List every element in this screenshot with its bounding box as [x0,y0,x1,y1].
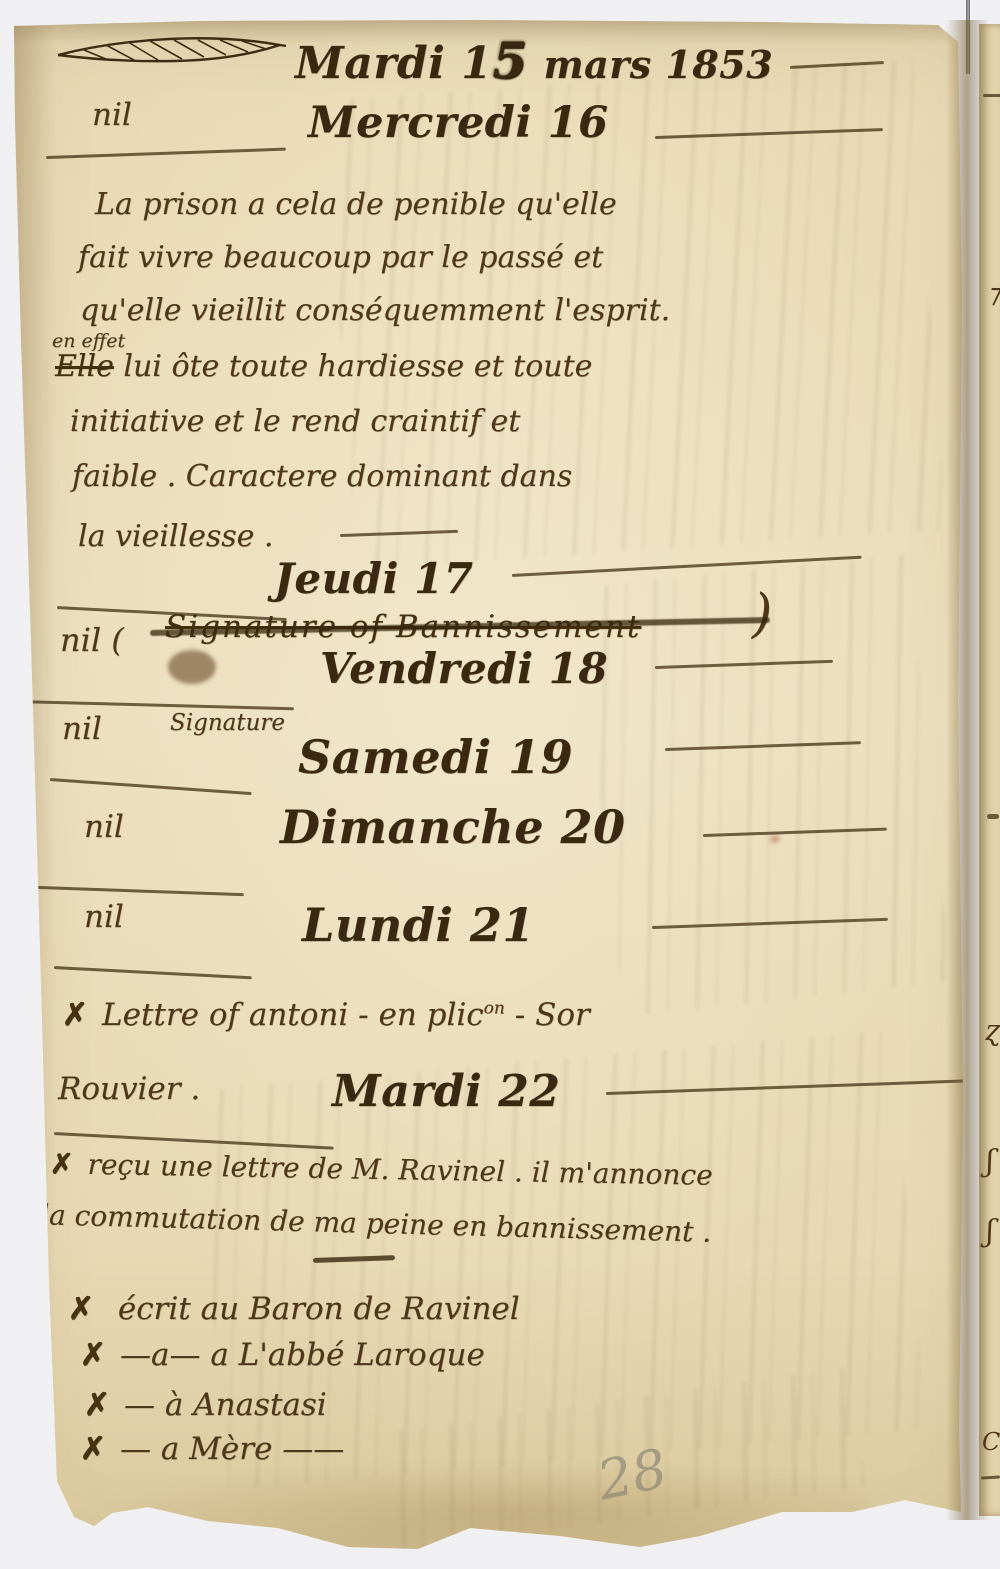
adjacent-page-text: Ce [982,1428,1000,1456]
superscript-insertion: on [484,999,505,1019]
ink-fragment: ʃ [986,1144,994,1179]
dash-rule [652,918,888,929]
note-text: reçu une lettre de M. Ravinel . il m'ann… [87,1148,713,1192]
letter-text: à Anastasi [165,1387,327,1423]
dash-rule [340,530,458,537]
underline [54,1132,334,1150]
dash-rule [665,741,861,751]
dash-rule [703,828,887,837]
title-rest: mars 1853 [543,42,773,87]
water-stain [90,1460,870,1550]
note-mardi-line1: ✗reçu une lettre de M. Ravinel . il m'an… [50,1150,713,1190]
entry-heading-mardi22: Mardi 22 [332,1070,560,1114]
leaf-doodle [54,30,286,72]
letter-text: a L'abbé Laroque [210,1337,485,1373]
x-mark-icon: ✗ [84,1390,110,1421]
letter-item: ✗—a— a L'abbé Laroque [80,1340,485,1371]
dash-rule [790,61,884,69]
edge-shading-left [10,20,56,1525]
note-text: Lettre of antoni - en plic [102,997,484,1033]
dash-rule [655,660,833,669]
letter-dash: — [120,1431,151,1467]
entry-heading-lundi21: Lundi 21 [302,902,535,948]
note-lundi-line1: ✗Lettre of antoni - en plicon - Sor [62,1000,590,1031]
manuscript-page: Mardi 15 mars 1853 nil Mercredi 16 La pr… [0,0,1000,1569]
closing-paren: ) [752,588,772,640]
dash-rule [512,556,862,577]
ink-smudge [168,650,216,684]
paragraph-line: qu'elle vieillit conséquemment l'esprit. [80,296,670,326]
note-text: - Sor [515,997,590,1033]
paragraph-line: La prison a cela de penible qu'elle [95,190,617,220]
foxing-spot [770,835,780,843]
paragraph-line: initiative et le rend craintif et [70,407,520,437]
nil-mardi15: nil [92,100,132,131]
entry-heading-jeudi17: Jeudi 17 [274,558,474,600]
letter-text: écrit au Baron de Ravinel [118,1291,520,1327]
underline [50,778,252,795]
paragraph-line: Elle lui ôte toute hardiesse et toute [55,352,592,382]
ink-fragment [983,94,1000,97]
entry-heading-dimanche20: Dimanche 20 [280,804,626,850]
photo-background: Mardi 15 mars 1853 nil Mercredi 16 La pr… [0,0,1000,1569]
nil-samedi19: nil [84,812,124,843]
ink-fragment: ʃ [986,1214,994,1249]
entry-heading-mardi15: Mardi 15 mars 1853 [295,36,773,86]
entry-heading-samedi19: Samedi 19 [298,734,573,780]
paragraph-line: fait vivre beaucoup par le passé et [78,243,603,273]
x-mark-icon: ✗ [62,1000,88,1031]
note-lundi-line2: Rouvier . [58,1074,200,1105]
x-mark-icon: ✗ [80,1434,106,1465]
entry-heading-vendredi18: Vendredi 18 [320,648,608,690]
ink-fragment [981,1475,1000,1479]
ink-fragment [987,814,999,819]
x-mark-icon: ✗ [68,1294,94,1325]
paragraph-line: la vieillesse . [78,522,273,552]
letter-dash: —a— [120,1337,200,1373]
ink-fragment: ɀ [985,1014,1000,1047]
x-mark-icon: ✗ [80,1340,106,1371]
letter-text: a Mère —— [161,1431,344,1467]
dash-rule [606,1079,976,1095]
nil-jeudi17: nil ( [60,624,124,656]
underline [46,148,286,159]
underline [16,700,294,710]
struck-word: Elle [55,349,114,384]
entry-heading-mercredi16: Mercredi 16 [308,102,609,145]
paragraph-line: faible . Caractere dominant dans [72,462,572,492]
nil-vendredi18: nil [62,714,102,745]
title-prefix: Mardi 1 [295,38,492,89]
separator-dash [313,1255,395,1263]
page-number: 28 [593,1441,671,1508]
underline [38,886,244,896]
letter-item: ✗ écrit au Baron de Ravinel [68,1294,520,1325]
nil-dimanche20: nil [84,902,124,933]
title-overwritten-digit: 5 [492,31,527,90]
dash-rule [655,128,883,139]
paragraph-line-rest: lui ôte toute hardiesse et toute [123,349,592,384]
note-signature: Signature [170,712,285,735]
note-mardi-line2: la commutation de ma peine en bannisseme… [40,1201,712,1247]
x-mark-icon: ✗ [50,1150,74,1178]
letter-item: ✗— a Mère —— [80,1434,344,1465]
letter-item: ✗— à Anastasi [84,1390,327,1421]
letter-dash: — [124,1387,155,1423]
ink-fragment: ⁊ [987,279,1000,309]
adjacent-page-edge: ⁊ ɀ ʃ ʃ Ce [979,24,1000,1516]
underline [54,966,252,979]
